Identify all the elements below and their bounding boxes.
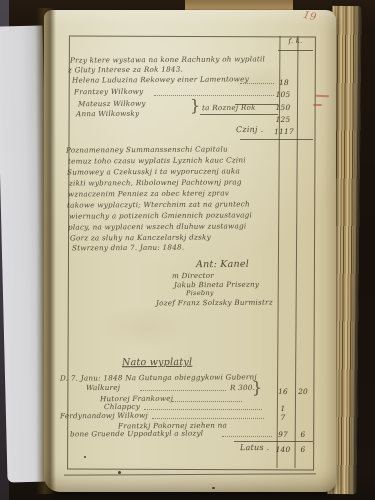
red-pencil-mark [313, 104, 322, 106]
latus-kr: 6 [296, 446, 310, 454]
ink-speck [118, 471, 121, 474]
gutter-shadow [36, 8, 56, 494]
amount-fl: 1 [274, 405, 292, 413]
manuscript-photo: f. k. Przy ktere wystawa na kone Rachunk… [0, 0, 375, 500]
dotted-leader [144, 409, 262, 410]
paragraph-line: Stwrzeny dnia 7. Janu: 1848. [72, 244, 184, 252]
dotted-leader [152, 418, 264, 419]
amount-fl: 18 [276, 79, 292, 87]
entry-name: Frantzey Wilkowy [74, 88, 143, 96]
latus-label: Latus . [240, 444, 269, 452]
amount-fl: 97 [274, 431, 292, 439]
dotted-leader [172, 401, 242, 402]
entry-name: Mateusz Wilkowy [78, 100, 146, 108]
paragraph-line: temuz toho czasu wyplatis Lyznich kauc C… [68, 156, 246, 164]
entry-name: bone Gruende Uppodatkyl a slozyl [70, 430, 203, 438]
dotted-leader [154, 95, 274, 96]
frame-bottom-second-line [64, 473, 316, 475]
grouping-brace: } [252, 380, 263, 396]
amount-fl: 125 [274, 116, 292, 124]
entry-name: Helena Luduzina Rekowey einer Lamentowey [72, 75, 249, 83]
entry-name: Anna Wilkowsky [76, 110, 139, 118]
signature-name: Jakub Bineta Prisezny [174, 281, 259, 289]
amount-kr: 20 [296, 388, 310, 396]
sum-label: Czinj . [236, 126, 263, 134]
ink-speck [212, 487, 215, 489]
entry-intro-line: Przy ktere wystawa na kone Rachunky oh w… [70, 55, 265, 64]
signature-name: Ant: Kanel [196, 260, 249, 270]
paragraph-line: wznaczenim Penniez za obec kterej zprav [68, 189, 229, 197]
dotted-leader [222, 436, 272, 437]
signature-title: m Director [172, 272, 214, 279]
bottom-intro-line: D. 7. Janu: 1848 Na Gutunga obieggykowi … [60, 373, 257, 382]
paragraph-line: Gorz za sluhy na Kanczelarskj dzsky [70, 234, 211, 242]
ink-speck [84, 456, 86, 458]
paragraph-line: Sumowey a Czekusskj i ta wyporuczenj auk… [67, 167, 240, 175]
entry-name: Chlappcy [104, 403, 140, 410]
amount-fl: 16 [274, 388, 292, 396]
paragraph-line: placy, na wyplaceni wszech dluhuw zustaw… [68, 222, 246, 230]
currency-header: f. k. [278, 38, 313, 45]
amount-fl: 7 [274, 414, 292, 422]
manuscript-page: f. k. Przy ktere wystawa na kone Rachunk… [44, 10, 336, 492]
sum-underline [240, 139, 313, 140]
entry-name: Walkurej [86, 384, 120, 391]
dotted-leader [140, 390, 226, 391]
amount-fl: 150 [274, 104, 292, 112]
entry-intro-line: z Gluty Interese za Rok 1843. [68, 66, 183, 74]
signature-title: Pisebny [186, 290, 214, 297]
paragraph-line: zikti wybranech, Ribolownej Pachtownj pr… [69, 178, 242, 186]
red-pencil-mark [315, 95, 329, 97]
latus-topline [234, 441, 313, 442]
ink-connector-line [235, 104, 278, 105]
amount-fl: 105 [274, 91, 292, 99]
latus-fl: 140 [272, 446, 294, 454]
entry-name: Ferdynandowj Wilkowj [60, 412, 148, 420]
paragraph-line: Poznamenaney Summanssenschi Capitalu [66, 145, 228, 153]
amount-kr: 6 [296, 431, 310, 439]
dotted-leader [240, 83, 274, 84]
header-underline [278, 50, 313, 51]
paragraph-line: takowe wyplaczyti; Wterchnim zat na grun… [67, 200, 250, 208]
ink-connector-line [200, 114, 278, 115]
bottom-heading: Nato wyplatyl [122, 358, 192, 368]
sum-value: 1117 [272, 128, 296, 136]
signature-name: Jozef Franz Solzsky Burmistrz [156, 299, 273, 307]
grouping-brace: } [190, 98, 201, 114]
paragraph-line: wiernuchy a potizenich Gmiennich pozusta… [69, 211, 252, 219]
